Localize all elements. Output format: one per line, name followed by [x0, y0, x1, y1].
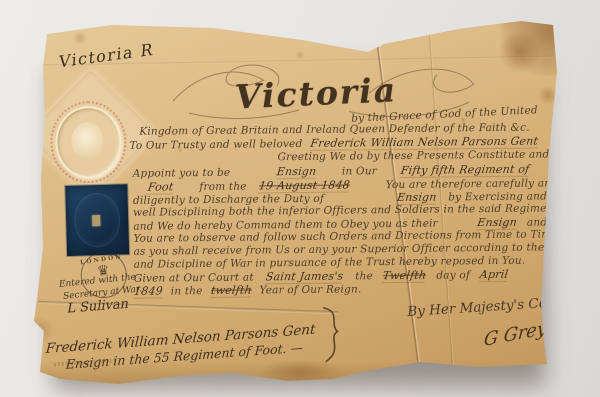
printed-text: Appoint you to be [133, 167, 231, 180]
printed-text: in the [171, 285, 203, 297]
manuscript-month: April [479, 268, 509, 282]
blue-stamp-center-square [92, 215, 100, 226]
printed-text: and [527, 216, 547, 228]
manuscript-rank: Ensign [275, 165, 316, 179]
seal-emboss-center [71, 122, 103, 160]
printed-text: To Our Trusty and well beloved [129, 138, 302, 152]
royal-sign-manual: Victoria R [58, 39, 155, 71]
printed-text: by Exercising and [448, 190, 547, 203]
printed-text: day of [436, 269, 470, 281]
printed-text: Year of Our Reign. [259, 283, 361, 296]
printed-text: in Our [342, 165, 377, 177]
document-paper: Victoria R LONDON ♛ Entered with the Sec… [0, 0, 600, 397]
manuscript-regiment: Fifty fifth Regiment of [400, 163, 530, 178]
printed-text: from the [199, 181, 246, 193]
countersignature: G Grey [483, 317, 548, 351]
printed-text: the [355, 270, 373, 282]
line-reign: 1849 in the twelfth Year of Our Reign. [134, 282, 370, 298]
manuscript-regnal-year: twelfth [210, 284, 253, 298]
document-title: Victoria [234, 70, 398, 116]
docket-bracket [319, 305, 352, 365]
embossed-royal-seal [55, 106, 122, 179]
line-greeting: Greeting We do by these Presents Constit… [278, 148, 550, 163]
manuscript-year: 1849 [133, 284, 164, 298]
blue-duty-stamp [65, 184, 129, 256]
manuscript-day: Twelfth [382, 269, 427, 283]
photo-stage: Victoria R LONDON ♛ Entered with the Sec… [0, 0, 600, 397]
command-line: By Her Majesty's Command. [407, 292, 600, 320]
document-content: Victoria R LONDON ♛ Entered with the Sec… [0, 0, 600, 397]
